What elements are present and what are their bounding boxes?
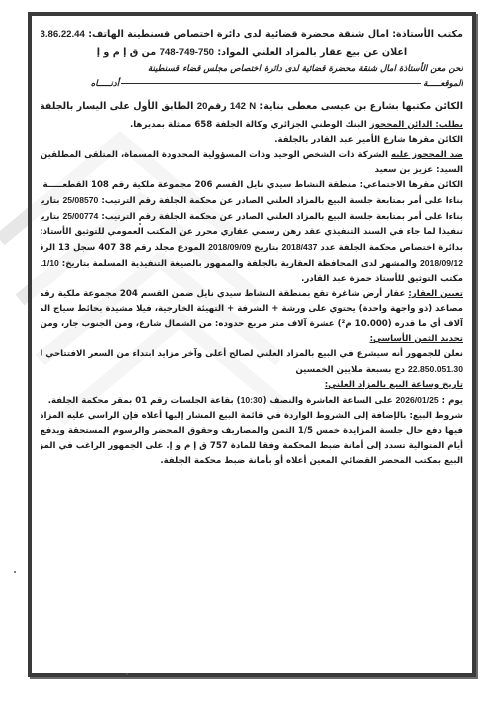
price-amount-line: 22.850.051.30 دج بسبعة ملايين الخمسين bbox=[41, 362, 463, 378]
notice-frame: مكتب الأستاذة: امال شنقة محضرة قضائية لد… bbox=[28, 12, 476, 677]
basis-3-line-1: تنفيذا لما جاء في السند التنفيذي عقد رهن… bbox=[41, 225, 463, 240]
basis-3-line-4: مكتب التوثيق للأستاذ حمزة عبد القادر. bbox=[41, 272, 463, 287]
scan-speck bbox=[14, 571, 16, 573]
basis-3-line-2: بدائرة اختصاص محكمة الجلفة عدد 2018/437 … bbox=[41, 240, 463, 256]
office-line: مكتب الأستاذة: امال شنقة محضرة قضائية لد… bbox=[41, 26, 463, 43]
property-line-2: مصاعد (ذو واجهة واحدة) يحتوي على ورشة + … bbox=[41, 302, 463, 317]
sale-time: 10:30 bbox=[241, 395, 263, 405]
scan-speck bbox=[139, 223, 141, 225]
price-line-1: نعلن للجمهور أنه سيشرع في البيع بالمزاد … bbox=[41, 347, 463, 362]
debtor-line: ضد المحجوز عليه الشركة ذات الشخص الوحيد … bbox=[41, 148, 463, 163]
announcement-title: اعلان عن بيع عقار بالمزاد العلني المواد:… bbox=[41, 43, 463, 62]
conditions-line-4: البيع بمكتب المحضر القضائي المعين أعلاه … bbox=[41, 454, 463, 469]
requester-address: الكائن مقرها شارع الأمير عبد القادر بالج… bbox=[41, 133, 463, 148]
basis-3-line-3: 2018/09/12 والمشهر لدى المحافظة العقارية… bbox=[41, 256, 463, 272]
requester-line: بطلب: الدائن المحجوز البنك الوطني الجزائ… bbox=[41, 118, 463, 133]
debtor-headquarters: الكائن مقرها الاجتماعي: منطقة النشاط سيد… bbox=[41, 178, 463, 193]
property-line-3: آلاف أي ما قدره (10.000 م²) عشرة آلاف مت… bbox=[41, 317, 463, 332]
debtor-representative: السيد: عزيز بن سعيد bbox=[41, 163, 463, 178]
basis-1: بناءا على أمر بمتابعة جلسة البيع بالمزاد… bbox=[41, 193, 463, 209]
scan-speck bbox=[126, 673, 128, 675]
articles-numbers: 748-749-750 bbox=[160, 47, 214, 58]
schedule-line: يوم : 2026/01/25 على الساعة العاشرة والن… bbox=[41, 393, 463, 409]
basis-2: بناءا على أمر بمتابعة جلسة البيع بالمزاد… bbox=[41, 209, 463, 225]
address-line: الكائن مكتبها بشارع بن عيسى معطى بناية: … bbox=[41, 98, 463, 116]
price-amount: 22.850.051.30 bbox=[408, 364, 463, 374]
schedule-heading: تاريخ وساعة البيع بالمزاد العلني: bbox=[41, 378, 463, 393]
signatory-line: نحن معن الأستاذة امال شنقة محضرة قضائية … bbox=[41, 62, 463, 77]
signatory-end: الموقعـــــةأدنـــــاه bbox=[41, 77, 463, 92]
sale-date: 2026/01/25 bbox=[396, 395, 439, 405]
conditions-line-1: شروط البيع: بالإضافة إلى الشروط الواردة … bbox=[41, 409, 463, 424]
conditions-line-3: أيام المتوالية تسدد إلى أمانة ضبط المحكم… bbox=[41, 439, 463, 454]
property-line-1: تعيين العقار: عقار أرض شاغرة تقع بمنطقة … bbox=[41, 287, 463, 302]
price-heading: تحديد الثمن الأساسي: bbox=[41, 332, 463, 347]
phone-number: 06.63.86.22.44 bbox=[41, 29, 85, 40]
conditions-line-2: فيها دفع حال جلسة المزايدة خمس 1/5 الثمن… bbox=[41, 424, 463, 439]
